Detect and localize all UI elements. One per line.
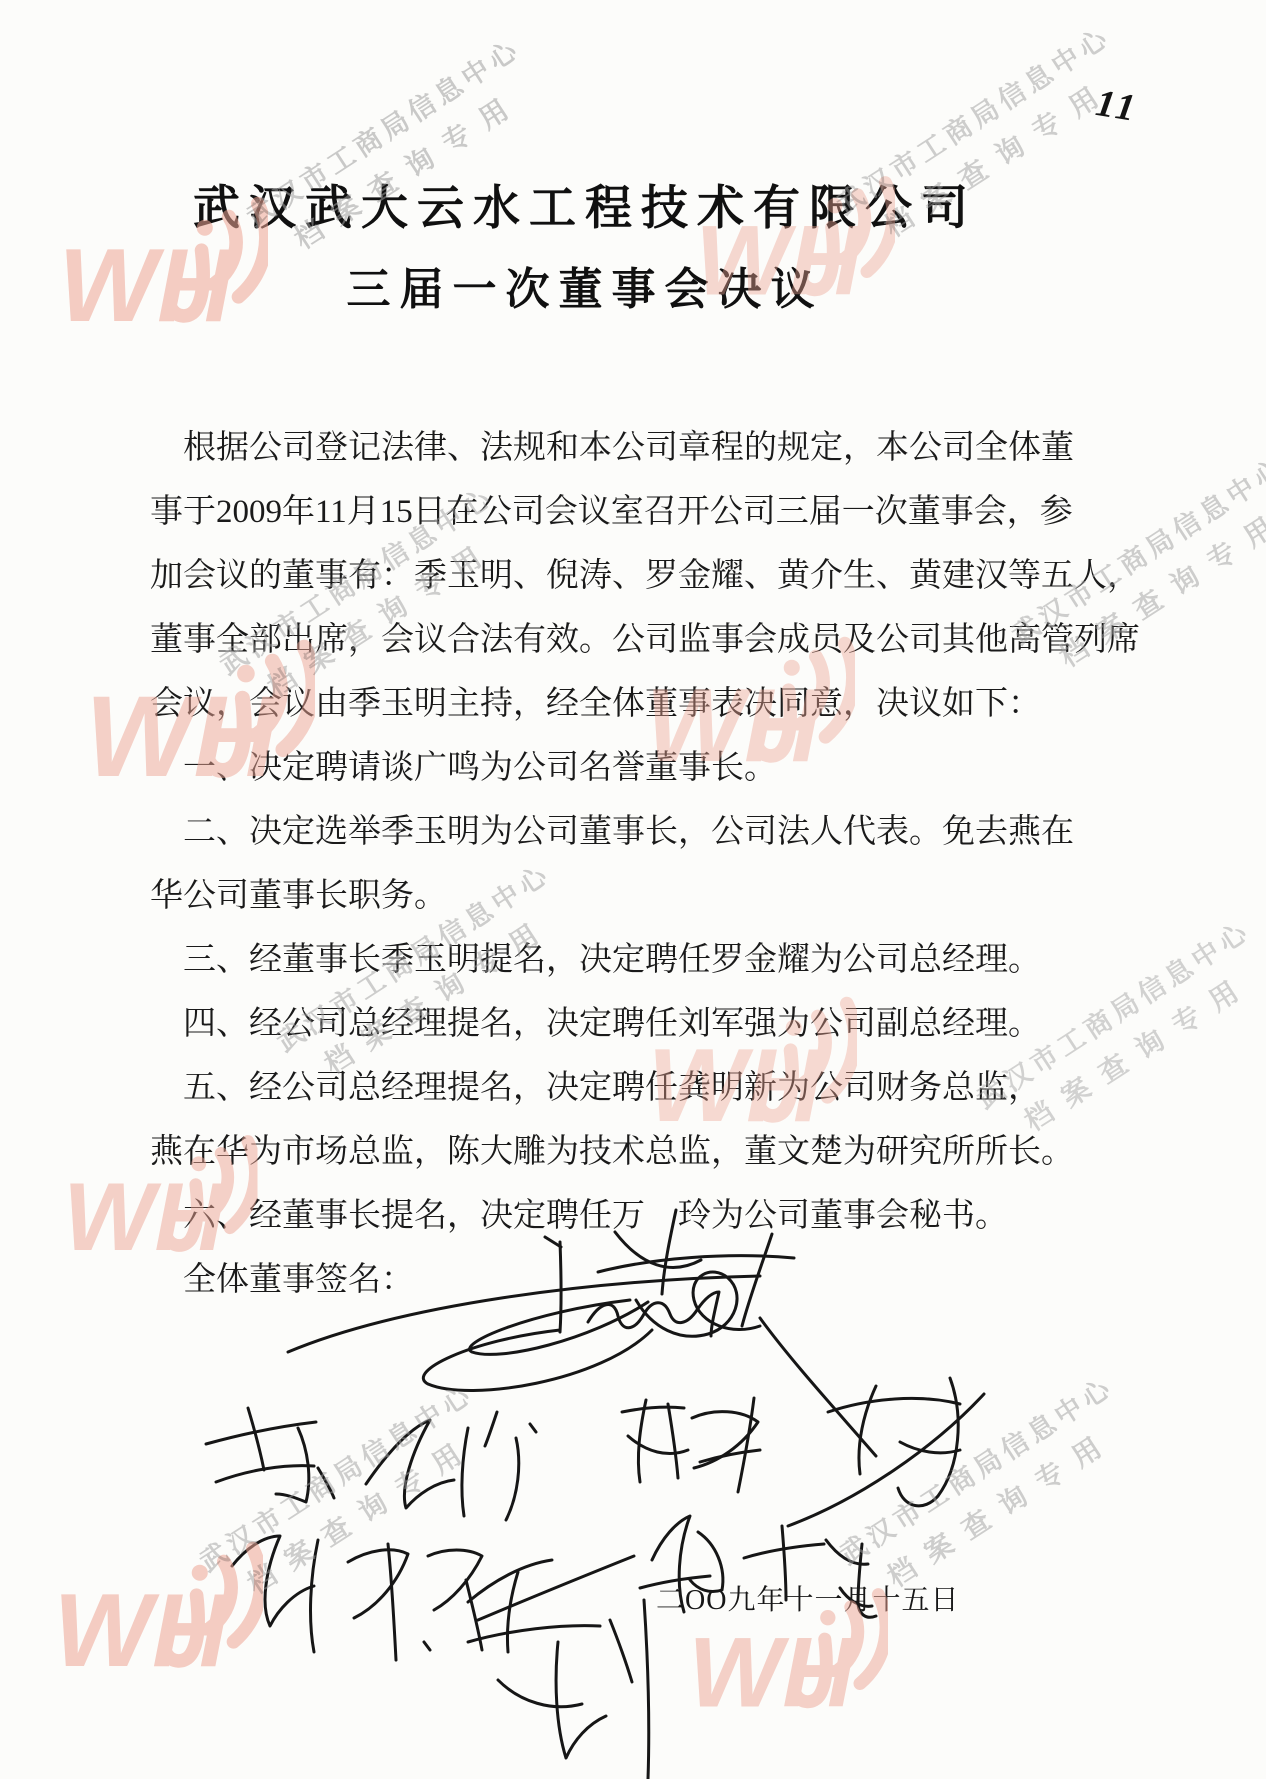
signature-6 xyxy=(788,1378,984,1526)
signature-5 xyxy=(622,1398,760,1492)
signature-4 xyxy=(366,1412,536,1520)
signature-1 xyxy=(288,1237,760,1390)
signature-7 xyxy=(232,1536,634,1660)
signatures-overlay xyxy=(0,0,1266,1779)
signature-2 xyxy=(598,1210,876,1456)
signature-8 xyxy=(468,1560,649,1779)
signature-3 xyxy=(206,1408,334,1502)
document-page: 11 武汉武大云水工程技术有限公司 三届一次董事会决议 根据公司登记法律、法规和… xyxy=(0,0,1266,1779)
signature-9 xyxy=(640,1516,876,1617)
